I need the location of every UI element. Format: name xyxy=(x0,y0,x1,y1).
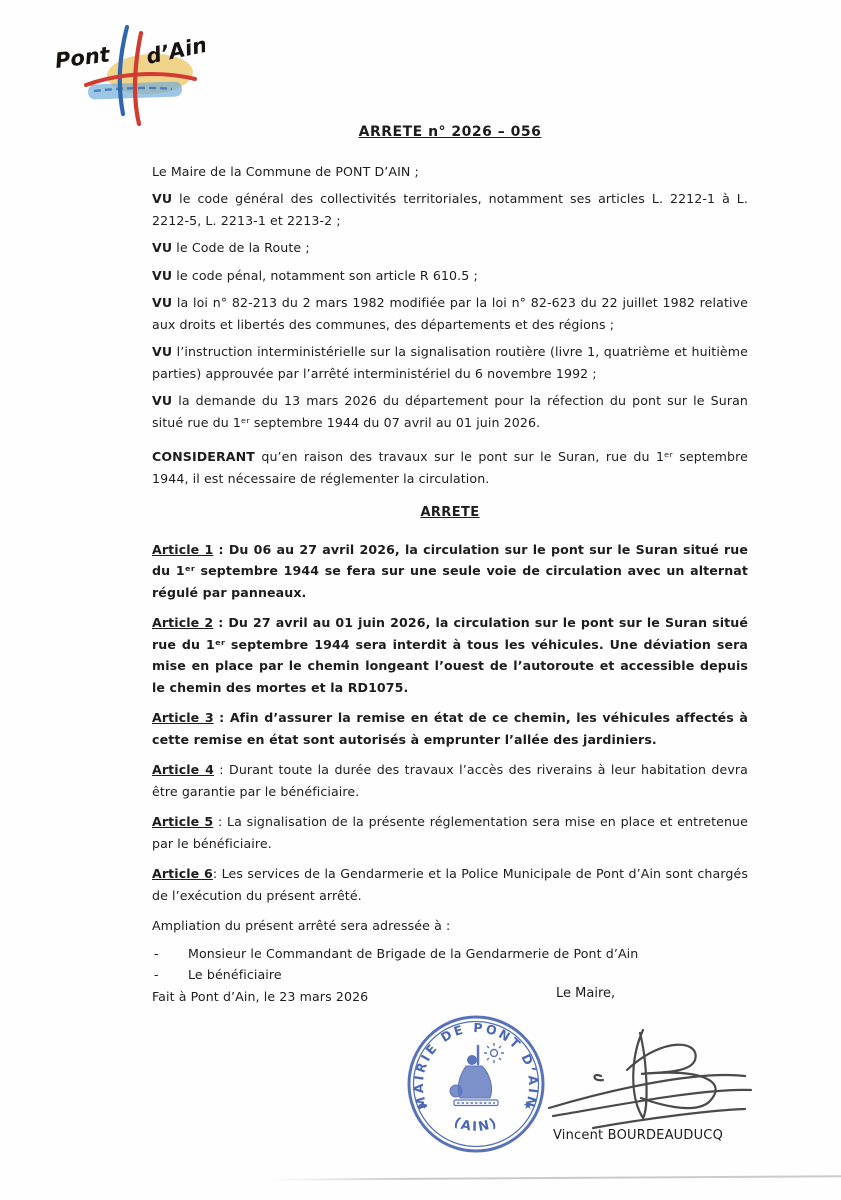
scanned-document-page: Pont d’Ain ARRETE n° 2026 – 056 Le Maire… xyxy=(0,0,841,1200)
ampliation-item: - Monsieur le Commandant de Brigade de l… xyxy=(152,943,748,965)
article-3-sep: : xyxy=(214,710,230,725)
vu-paragraph: VU l’instruction interministérielle sur … xyxy=(152,341,748,384)
article-5-label: Article 5 xyxy=(152,814,213,829)
article-4-label: Article 4 xyxy=(152,762,214,777)
article-6: Article 6: Les services de la Gendarmeri… xyxy=(152,863,748,906)
vu-text: le code général des collectivités territ… xyxy=(152,191,748,228)
stamp-bottom-text-curve: (AIN) xyxy=(451,1115,500,1135)
ampliation-item-text: Le bénéficiaire xyxy=(188,964,282,986)
article-6-text: Les services de la Gendarmerie et la Pol… xyxy=(152,866,748,903)
article-3-text: Afin d’assurer la remise en état de ce c… xyxy=(152,710,748,747)
list-dash: - xyxy=(152,964,188,986)
article-2-text: Du 27 avril au 01 juin 2026, la circulat… xyxy=(152,615,748,695)
article-1: Article 1 : Du 06 au 27 avril 2026, la c… xyxy=(152,539,748,604)
mayor-signature xyxy=(545,1018,757,1130)
arrete-section-heading: ARRETE xyxy=(152,502,748,524)
vu-paragraph: VU la loi n° 82-213 du 2 mars 1982 modif… xyxy=(152,292,748,335)
vu-text: le code pénal, notamment son article R 6… xyxy=(176,268,478,283)
article-1-sep: : xyxy=(213,542,228,557)
signature-left-curl xyxy=(594,1075,603,1080)
article-6-sep: : xyxy=(213,866,222,881)
ampliation-item-text: Monsieur le Commandant de Brigade de la … xyxy=(188,943,638,965)
logo-word-dain: d’Ain xyxy=(144,33,205,69)
article-1-label: Article 1 xyxy=(152,542,213,557)
article-2: Article 2 : Du 27 avril au 01 juin 2026,… xyxy=(152,612,748,698)
considerant-prefix: CONSIDERANT xyxy=(152,449,255,464)
vu-prefix: VU xyxy=(152,393,172,408)
article-2-label: Article 2 xyxy=(152,615,213,630)
signature-sweep-2 xyxy=(553,1090,751,1116)
vu-text: la demande du 13 mars 2026 du départemen… xyxy=(152,393,748,430)
document-title: ARRETE n° 2026 – 056 xyxy=(152,122,748,144)
article-3: Article 3 : Afin d’assurer la remise en … xyxy=(152,707,748,750)
ampliation-item: - Le bénéficiaire xyxy=(152,964,748,986)
stamp-star-left-icon: ★ xyxy=(418,1099,428,1112)
page-edge-shadow xyxy=(268,1175,841,1181)
ampliation-intro: Ampliation du présent arrêté sera adress… xyxy=(152,915,748,937)
article-5-text: La signalisation de la présente réglemen… xyxy=(152,814,748,851)
logo-word-pont: Pont xyxy=(54,42,112,73)
mairie-stamp: MAIRIE DE PONT D’AIN (AIN) ★ ★ xyxy=(404,1012,548,1156)
vu-prefix: VU xyxy=(152,240,172,255)
place-date-line: Fait à Pont d’Ain, le 23 mars 2026 xyxy=(152,986,748,1008)
vu-prefix: VU xyxy=(152,191,172,206)
considerant-paragraph: CONSIDERANT qu’en raison des travaux sur… xyxy=(152,446,748,489)
vu-text: la loi n° 82-213 du 2 mars 1982 modifiée… xyxy=(152,295,748,332)
article-4: Article 4 : Durant toute la durée des tr… xyxy=(152,759,748,802)
document-body: ARRETE n° 2026 – 056 Le Maire de la Comm… xyxy=(152,122,748,1007)
vu-prefix: VU xyxy=(152,344,172,359)
pont-dain-logo: Pont d’Ain xyxy=(50,24,205,126)
vu-prefix: VU xyxy=(152,295,172,310)
intro-text: Le Maire de la Commune de PONT D’AIN ; xyxy=(152,164,419,179)
article-5: Article 5 : La signalisation de la prése… xyxy=(152,811,748,854)
vu-paragraph: VU le Code de la Route ; xyxy=(152,237,748,259)
article-3-label: Article 3 xyxy=(152,710,214,725)
list-dash: - xyxy=(152,943,188,965)
vu-paragraph: VU la demande du 13 mars 2026 du départe… xyxy=(152,390,748,433)
article-4-text: Durant toute la durée des travaux l’accè… xyxy=(152,762,748,799)
vu-prefix: VU xyxy=(152,268,172,283)
article-4-sep: : xyxy=(214,762,229,777)
vu-text: l’instruction interministérielle sur la … xyxy=(152,344,748,381)
article-2-sep: : xyxy=(213,615,228,630)
vu-paragraph: VU le code général des collectivités ter… xyxy=(152,188,748,231)
vu-paragraph: VU le code pénal, notamment son article … xyxy=(152,265,748,287)
article-1-text: Du 06 au 27 avril 2026, la circulation s… xyxy=(152,542,748,600)
stamp-star-right-icon: ★ xyxy=(523,1099,533,1112)
stamp-emblem-figure xyxy=(450,1043,504,1106)
intro-line: Le Maire de la Commune de PONT D’AIN ; xyxy=(152,161,748,183)
signature-bottom-stroke xyxy=(593,1109,745,1128)
article-5-sep: : xyxy=(213,814,227,829)
vu-text: le Code de la Route ; xyxy=(176,240,309,255)
article-6-label: Article 6 xyxy=(152,866,213,881)
signer-role: Le Maire, xyxy=(556,986,615,1001)
signer-name: Vincent BOURDEAUDUCQ xyxy=(553,1128,723,1143)
stamp-bottom-text: (AIN) xyxy=(451,1115,500,1135)
